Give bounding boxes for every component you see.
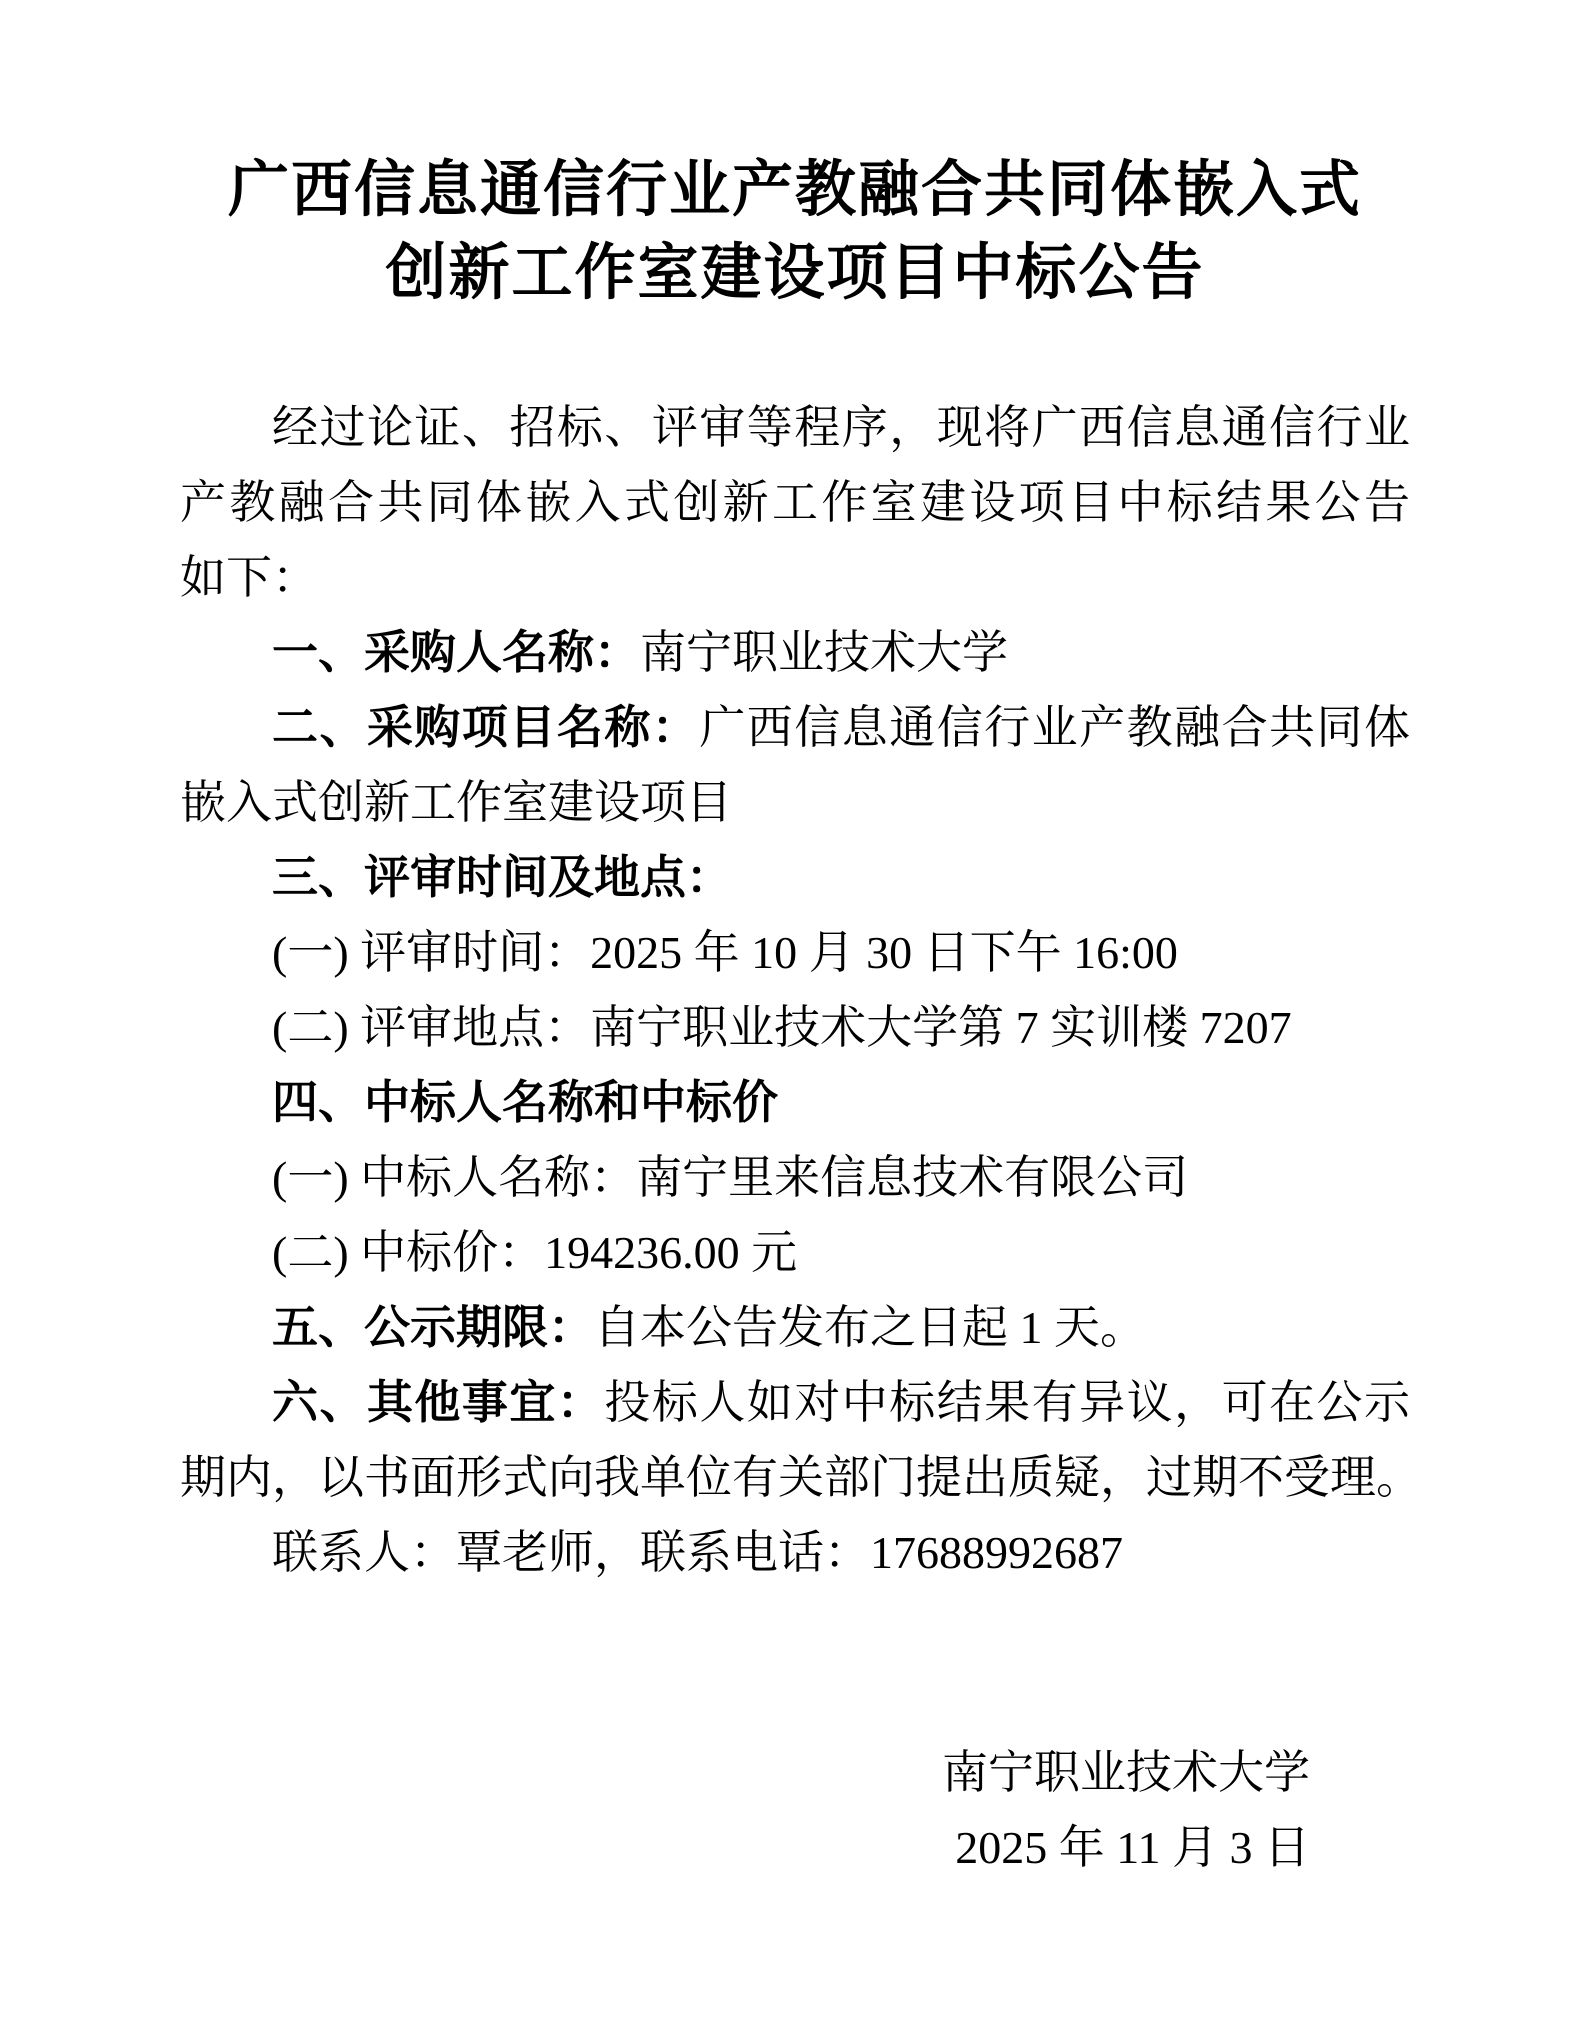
item-3-2-review-place: (二) 评审地点：南宁职业技术大学第 7 实训楼 7207: [180, 990, 1410, 1065]
item-4-1-winner-name: (一) 中标人名称：南宁里来信息技术有限公司: [180, 1140, 1410, 1215]
contact: 联系人：覃老师，联系电话：17688992687: [180, 1515, 1410, 1590]
text-line: 经过论证、招标、评审等程序，现将广西信息通信行业: [180, 390, 1410, 465]
item-5-publicity-period: 五、公示期限：自本公告发布之日起 1 天。: [180, 1290, 1410, 1365]
text-line: 期内，以书面形式向我单位有关部门提出质疑，过期不受理。: [180, 1440, 1410, 1515]
text-line: 五、公示期限：自本公告发布之日起 1 天。: [180, 1290, 1410, 1365]
announcement-page: 广西信息通信行业产教融合共同体嵌入式 创新工作室建设项目中标公告 经过论证、招标…: [0, 0, 1587, 2029]
item-6-other-matters: 六、其他事宜：投标人如对中标结果有异议，可在公示期内，以书面形式向我单位有关部门…: [180, 1365, 1410, 1515]
document-title-line-1: 广西信息通信行业产教融合共同体嵌入式: [180, 148, 1410, 231]
text-line: 联系人：覃老师，联系电话：17688992687: [180, 1515, 1410, 1590]
text-line: 二、采购项目名称：广西信息通信行业产教融合共同体: [180, 690, 1410, 765]
signature-block: 南宁职业技术大学 2025 年 11 月 3 日: [180, 1735, 1410, 1885]
item-3-1-review-time: (一) 评审时间：2025 年 10 月 30 日下午 16:00: [180, 915, 1410, 990]
document-body: 经过论证、招标、评审等程序，现将广西信息通信行业产教融合共同体嵌入式创新工作室建…: [180, 390, 1410, 1590]
item-label: 四、中标人名称和中标价: [272, 1076, 778, 1128]
intro: 经过论证、招标、评审等程序，现将广西信息通信行业产教融合共同体嵌入式创新工作室建…: [180, 390, 1410, 615]
text-line: (一) 中标人名称：南宁里来信息技术有限公司: [180, 1140, 1410, 1215]
item-label: 五、公示期限：: [272, 1301, 594, 1353]
item-label: 一、采购人名称：: [272, 626, 640, 678]
signature-org: 南宁职业技术大学: [180, 1735, 1310, 1810]
text-line: 如下：: [180, 540, 1410, 615]
text-line: (一) 评审时间：2025 年 10 月 30 日下午 16:00: [180, 915, 1410, 990]
item-label: 三、评审时间及地点：: [272, 851, 732, 903]
document-title: 广西信息通信行业产教融合共同体嵌入式 创新工作室建设项目中标公告: [180, 148, 1410, 314]
item-2-project-name: 二、采购项目名称：广西信息通信行业产教融合共同体嵌入式创新工作室建设项目: [180, 690, 1410, 840]
text-line: 四、中标人名称和中标价: [180, 1065, 1410, 1140]
item-label: 二、采购项目名称：: [272, 701, 699, 753]
item-3-review-time-place: 三、评审时间及地点：: [180, 840, 1410, 915]
item-1-purchaser: 一、采购人名称：南宁职业技术大学: [180, 615, 1410, 690]
text-line: (二) 评审地点：南宁职业技术大学第 7 实训楼 7207: [180, 990, 1410, 1065]
document-title-line-2: 创新工作室建设项目中标公告: [180, 231, 1410, 314]
text-line: 六、其他事宜：投标人如对中标结果有异议，可在公示: [180, 1365, 1410, 1440]
text-line: 嵌入式创新工作室建设项目: [180, 765, 1410, 840]
signature-date: 2025 年 11 月 3 日: [180, 1810, 1310, 1885]
item-4-2-winning-price: (二) 中标价：194236.00 元: [180, 1215, 1410, 1290]
text-line: (二) 中标价：194236.00 元: [180, 1215, 1410, 1290]
item-4-winner-and-price: 四、中标人名称和中标价: [180, 1065, 1410, 1140]
text-line: 产教融合共同体嵌入式创新工作室建设项目中标结果公告: [180, 465, 1410, 540]
text-line: 一、采购人名称：南宁职业技术大学: [180, 615, 1410, 690]
item-label: 六、其他事宜：: [272, 1376, 604, 1428]
text-line: 三、评审时间及地点：: [180, 840, 1410, 915]
